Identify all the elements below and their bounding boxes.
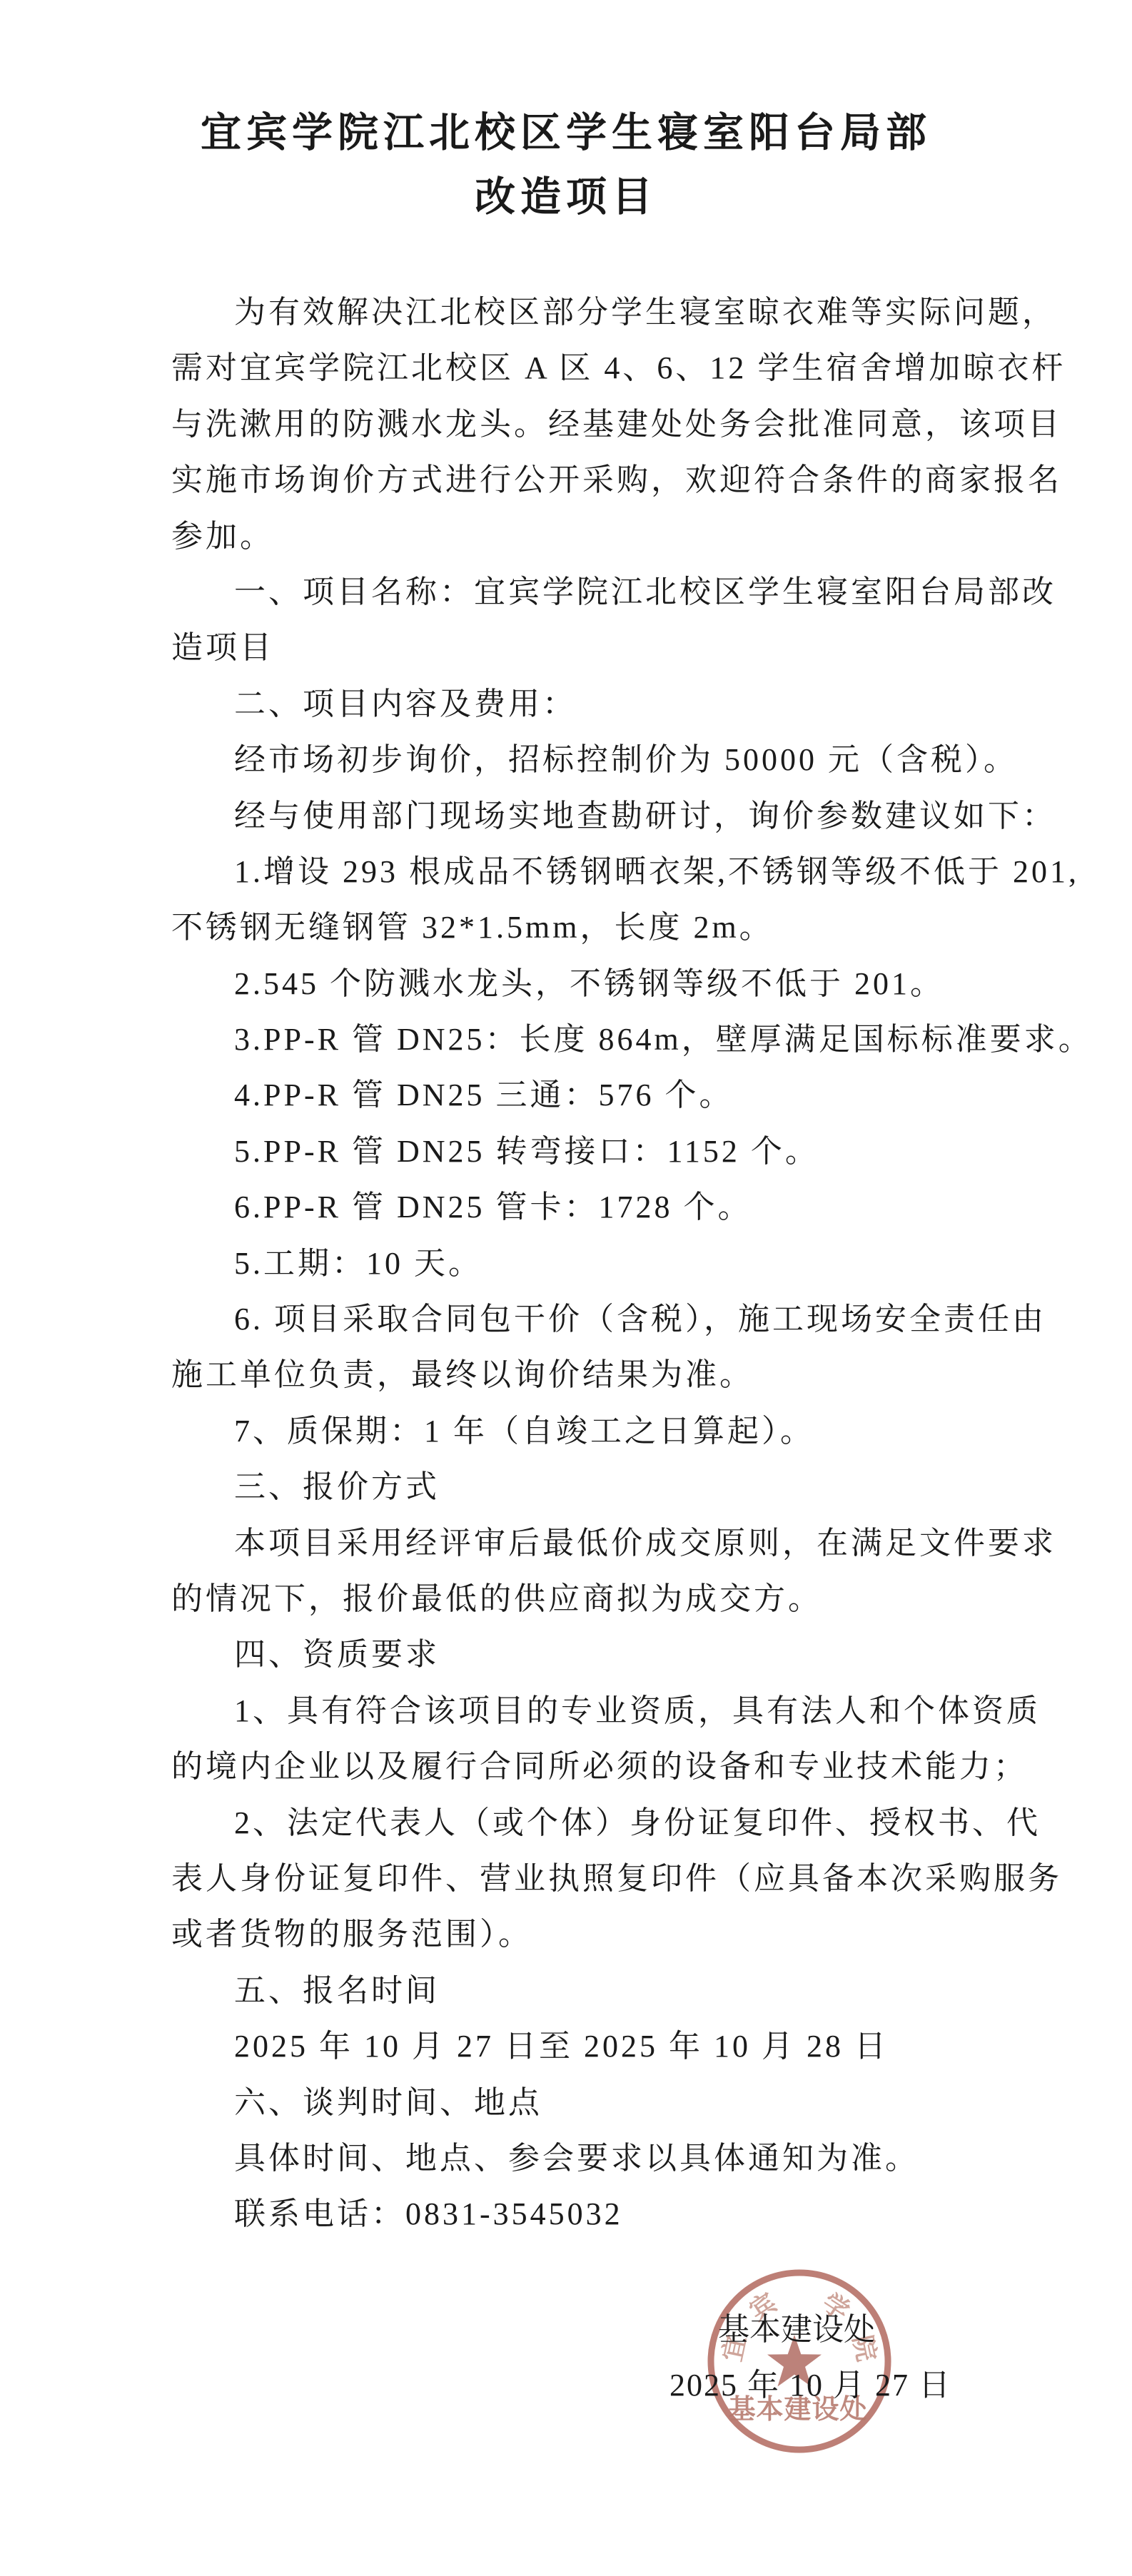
body-line: 造项目 — [171, 620, 1006, 676]
body-line: 的情况下，报价最低的供应商拟为成交方。 — [171, 1571, 1006, 1627]
body-line: 4.PP-R 管 DN25 三通：576 个。 — [171, 1068, 1006, 1123]
body-line: 五、报名时间 — [171, 1963, 1006, 2019]
body-line: 四、资质要求 — [171, 1627, 1006, 1683]
body-line: 5.PP-R 管 DN25 转弯接口：1152 个。 — [171, 1124, 1006, 1180]
body-line: 表人身份证复印件、营业执照复印件（应具备本次采购服务 — [171, 1851, 1006, 1907]
signature-date: 2025 年 10 月 27 日 — [669, 2370, 951, 2401]
body-line: 经市场初步询价，招标控制价为 50000 元（含税）。 — [171, 732, 1006, 788]
body-line: 5.工期：10 天。 — [171, 1236, 1006, 1292]
body-line: 6. 项目采取合同包干价（含税），施工现场安全责任由 — [171, 1292, 1006, 1347]
body-line: 实施市场询价方式进行公开采购，欢迎符合条件的商家报名 — [171, 452, 1006, 508]
signature-department: 基本建设处 — [718, 2314, 875, 2346]
body-line: 为有效解决江北校区部分学生寝室晾衣难等实际问题， — [171, 285, 1006, 340]
title-line-1: 宜宾学院江北校区学生寝室阳台局部 — [0, 101, 1132, 166]
title-line-2: 改造项目 — [0, 166, 1132, 230]
body-line: 联系电话：0831-3545032 — [171, 2186, 1006, 2242]
body-line: 参加。 — [171, 509, 1006, 564]
body-line: 具体时间、地点、参会要求以具体通知为准。 — [171, 2131, 1006, 2186]
body-line: 与洗漱用的防溅水龙头。经基建处处务会批准同意，该项目 — [171, 397, 1006, 452]
body-line: 的境内企业以及履行合同所必须的设备和专业技术能力； — [171, 1739, 1006, 1795]
body-line: 二、项目内容及费用： — [171, 676, 1006, 732]
body-line: 7、质保期：1 年（自竣工之日算起）。 — [171, 1404, 1006, 1459]
body-line: 1.增设 293 根成品不锈钢晒衣架,不锈钢等级不低于 201, — [171, 844, 1006, 900]
body-line: 3.PP-R 管 DN25：长度 864m，壁厚满足国标标准要求。 — [171, 1012, 1006, 1068]
document-page: 宜宾学院江北校区学生寝室阳台局部 改造项目 为有效解决江北校区部分学生寝室晾衣难… — [0, 0, 1132, 2576]
body-line: 六、谈判时间、地点 — [171, 2075, 1006, 2131]
body-line: 经与使用部门现场实地查勘研讨，询价参数建议如下： — [171, 788, 1006, 844]
body-line: 本项目采用经评审后最低价成交原则，在满足文件要求 — [171, 1516, 1006, 1571]
body-line: 或者货物的服务范围）。 — [171, 1907, 1006, 1962]
body-line: 2.545 个防溅水龙头，不锈钢等级不低于 201。 — [171, 956, 1006, 1012]
body-line: 1、具有符合该项目的专业资质，具有法人和个体资质 — [171, 1683, 1006, 1739]
body-line: 2、法定代表人（或个体）身份证复印件、授权书、代 — [171, 1795, 1006, 1851]
document-body: 为有效解决江北校区部分学生寝室晾衣难等实际问题， 需对宜宾学院江北校区 A 区 … — [171, 285, 1006, 2243]
official-seal: 宜 宾 学 院 基本建设处 — [702, 2265, 896, 2460]
body-line: 三、报价方式 — [171, 1459, 1006, 1515]
body-line: 需对宜宾学院江北校区 A 区 4、6、12 学生宿舍增加晾衣杆 — [171, 340, 1006, 396]
body-line: 一、项目名称：宜宾学院江北校区学生寝室阳台局部改 — [171, 564, 1006, 620]
body-line: 施工单位负责，最终以询价结果为准。 — [171, 1347, 1006, 1403]
body-line: 6.PP-R 管 DN25 管卡：1728 个。 — [171, 1180, 1006, 1235]
body-line: 2025 年 10 月 27 日至 2025 年 10 月 28 日 — [171, 2019, 1006, 2074]
body-line: 不锈钢无缝钢管 32*1.5mm，长度 2m。 — [171, 900, 1006, 955]
document-title: 宜宾学院江北校区学生寝室阳台局部 改造项目 — [0, 101, 1132, 230]
